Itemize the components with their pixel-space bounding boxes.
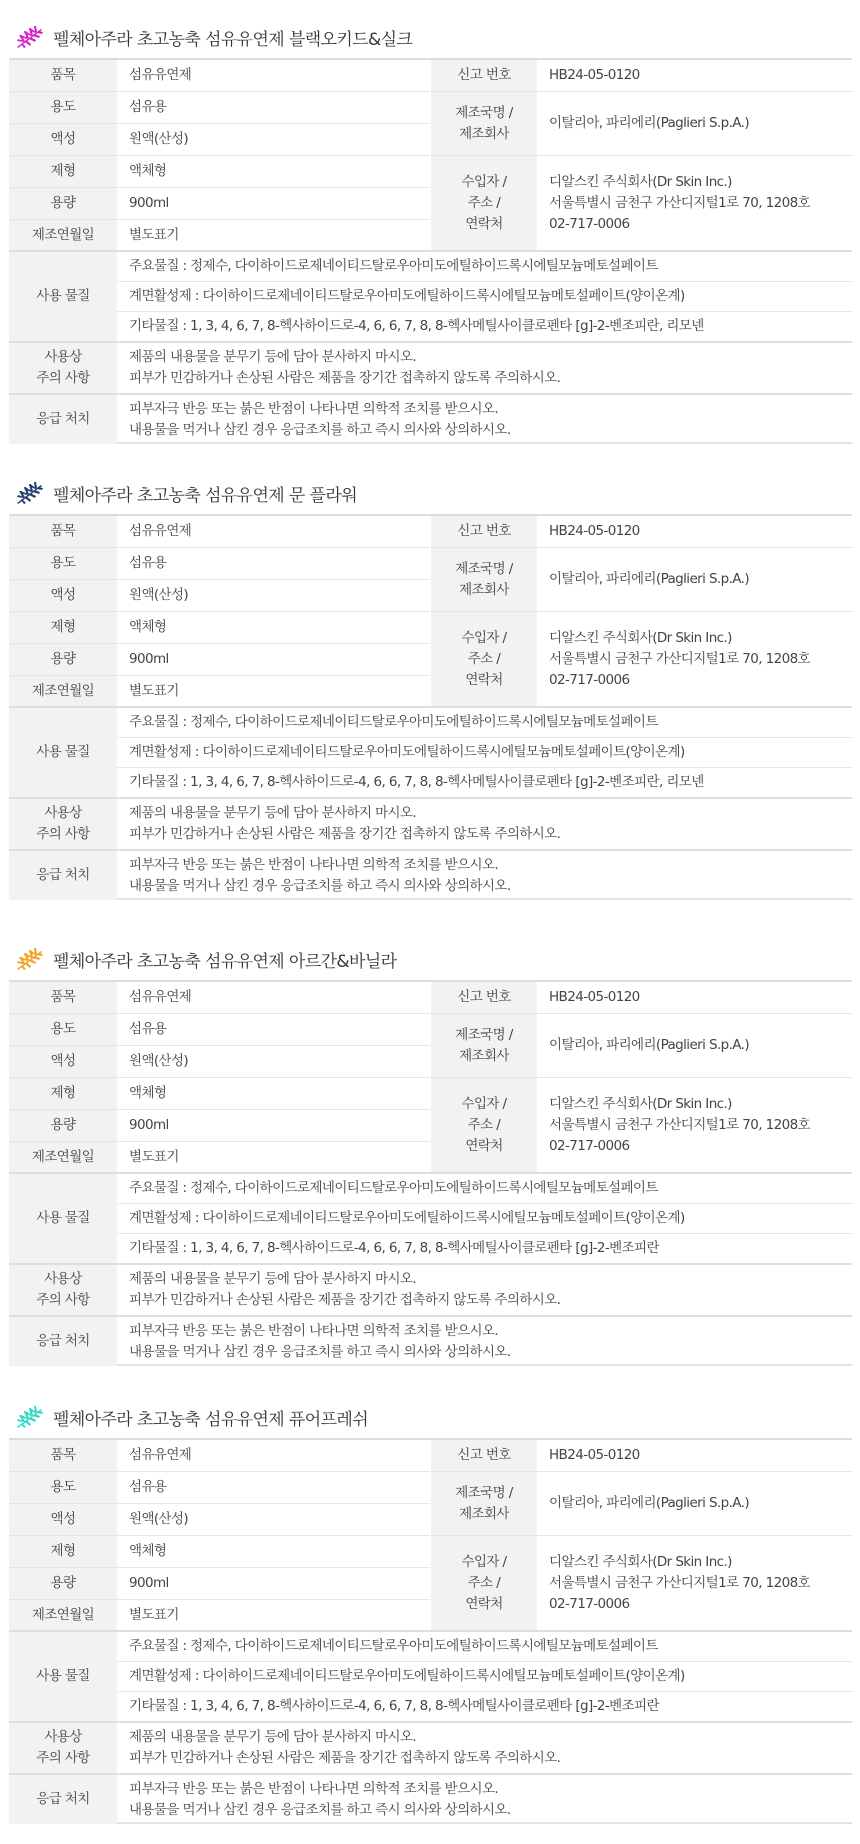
label-substances: 사용 물질 — [9, 1174, 117, 1263]
divider — [9, 1535, 430, 1536]
fern-leaf-icon — [15, 481, 45, 505]
label-manufacturer: 제조국명 / 제조회사 — [431, 1014, 537, 1077]
label-first-aid: 응급 처치 — [9, 851, 117, 900]
divider — [9, 611, 430, 612]
divider — [9, 1109, 430, 1110]
divider — [431, 91, 852, 92]
section-title: 펠체아주라 초고농축 섬유유연제 문 플라워 — [53, 481, 357, 506]
value-form: 액체형 — [117, 1536, 430, 1567]
substance-main: 주요물질 : 정제수, 다이하이드로제네이티드탈로우아미도에틸하이드록시에틸모늄… — [117, 708, 852, 737]
value-form: 액체형 — [117, 1078, 430, 1109]
value-caution: 제품의 내용물을 분무기 등에 담아 분사하지 마시오. 피부가 민감하거나 손… — [117, 1265, 852, 1315]
value-use: 섬유용 — [117, 548, 430, 579]
label-line: 수입자 / — [462, 628, 507, 649]
substance-other: 기타물질 : 1, 3, 4, 6, 7, 8-헥사하이드로-4, 6, 6, … — [117, 1692, 852, 1721]
label-mfg-date: 제조연월일 — [9, 1142, 117, 1172]
value-volume: 900ml — [117, 1110, 430, 1141]
value-report-no: HB24-05-0120 — [537, 982, 852, 1013]
substance-main: 주요물질 : 정제수, 다이하이드로제네이티드탈로우아미도에틸하이드록시에틸모늄… — [117, 252, 852, 281]
substance-surfactant: 계면활성제 : 다이하이드로제네이티드탈로우아미도에틸하이드록시에틸모늄메토설페… — [117, 738, 852, 767]
label-line: 수입자 / — [462, 1552, 507, 1573]
importer-phone: 02-717-0006 — [549, 1594, 629, 1615]
value-use: 섬유용 — [117, 92, 430, 123]
label-line: 사용상 — [44, 803, 81, 824]
section-header: 펠체아주라 초고농축 섬유유연제 블랙오키드&실크 — [9, 22, 852, 52]
first-aid-line: 내용물을 먹거나 삼킨 경우 응급조치를 하고 즉시 의사와 상의하시오. — [129, 1342, 511, 1363]
label-line: 주소 / — [468, 193, 501, 214]
first-aid-line: 내용물을 먹거나 삼킨 경우 응급조치를 하고 즉시 의사와 상의하시오. — [129, 420, 511, 441]
label-item: 품목 — [9, 982, 117, 1013]
caution-line: 피부가 민감하거나 손상된 사람은 제품을 장기간 접촉하지 않도록 주의하시오… — [129, 824, 560, 845]
value-caution: 제품의 내용물을 분무기 등에 담아 분사하지 마시오. 피부가 민감하거나 손… — [117, 799, 852, 849]
label-first-aid: 응급 처치 — [9, 1317, 117, 1366]
value-manufacturer: 이탈리아, 파리에리(Paglieri S.p.A.) — [537, 92, 852, 155]
substance-other: 기타물질 : 1, 3, 4, 6, 7, 8-헥사하이드로-4, 6, 6, … — [117, 768, 852, 797]
first-aid-line: 피부자극 반응 또는 붉은 반점이 나타나면 의학적 조치를 받으시오. — [129, 1779, 498, 1800]
importer-name: 디알스킨 주식회사(Dr Skin Inc.) — [549, 1552, 732, 1573]
label-line: 사용상 — [44, 1269, 81, 1290]
label-mfg-date: 제조연월일 — [9, 676, 117, 706]
importer-address: 서울특별시 금천구 가산디지털1로 70, 1208호 — [549, 1573, 810, 1594]
label-mfg-date: 제조연월일 — [9, 220, 117, 250]
label-substances: 사용 물질 — [9, 252, 117, 341]
value-caution: 제품의 내용물을 분무기 등에 담아 분사하지 마시오. 피부가 민감하거나 손… — [117, 1723, 852, 1773]
value-form: 액체형 — [117, 156, 430, 187]
value-use: 섬유용 — [117, 1014, 430, 1045]
label-use: 용도 — [9, 1014, 117, 1045]
value-report-no: HB24-05-0120 — [537, 60, 852, 91]
caution-line: 제품의 내용물을 분무기 등에 담아 분사하지 마시오. — [129, 1727, 416, 1748]
value-liquid: 원액(산성) — [117, 1504, 430, 1535]
section-header: 펠체아주라 초고농축 섬유유연제 문 플라워 — [9, 478, 852, 508]
divider — [431, 1013, 852, 1014]
label-caution: 사용상 주의 사항 — [9, 799, 117, 849]
label-line: 수입자 / — [462, 172, 507, 193]
label-item: 품목 — [9, 1440, 117, 1471]
substance-surfactant: 계면활성제 : 다이하이드로제네이티드탈로우아미도에틸하이드록시에틸모늄메토설페… — [117, 1662, 852, 1691]
caution-line: 피부가 민감하거나 손상된 사람은 제품을 장기간 접촉하지 않도록 주의하시오… — [129, 1290, 560, 1311]
divider — [9, 1599, 430, 1600]
divider — [9, 675, 430, 676]
label-mfg-date: 제조연월일 — [9, 1600, 117, 1630]
importer-phone: 02-717-0006 — [549, 214, 629, 235]
label-line: 주의 사항 — [36, 1290, 89, 1311]
label-item: 품목 — [9, 60, 117, 91]
section-title: 펠체아주라 초고농축 섬유유연제 아르간&바닐라 — [53, 947, 397, 972]
label-caution: 사용상 주의 사항 — [9, 343, 117, 393]
label-caution: 사용상 주의 사항 — [9, 1723, 117, 1773]
label-caution: 사용상 주의 사항 — [9, 1265, 117, 1315]
value-mfg-date: 별도표기 — [117, 1142, 430, 1172]
value-mfg-date: 별도표기 — [117, 220, 430, 250]
value-report-no: HB24-05-0120 — [537, 516, 852, 547]
substance-main: 주요물질 : 정제수, 다이하이드로제네이티드탈로우아미도에틸하이드록시에틸모늄… — [117, 1174, 852, 1203]
label-importer: 수입자 / 주소 / 연락처 — [431, 156, 537, 250]
label-line: 제조국명 / — [455, 1025, 512, 1046]
caution-line: 제품의 내용물을 분무기 등에 담아 분사하지 마시오. — [129, 1269, 416, 1290]
value-item: 섬유유연제 — [117, 60, 430, 91]
label-importer: 수입자 / 주소 / 연락처 — [431, 1078, 537, 1172]
value-item: 섬유유연제 — [117, 982, 430, 1013]
label-line: 연락처 — [465, 214, 502, 235]
importer-address: 서울특별시 금천구 가산디지털1로 70, 1208호 — [549, 649, 810, 670]
fern-leaf-icon — [15, 1405, 45, 1429]
label-line: 제조회사 — [459, 580, 509, 601]
label-form: 제형 — [9, 612, 117, 643]
value-volume: 900ml — [117, 188, 430, 219]
divider — [9, 1471, 430, 1472]
label-report-no: 신고 번호 — [431, 982, 537, 1013]
label-line: 제조국명 / — [455, 1483, 512, 1504]
label-report-no: 신고 번호 — [431, 516, 537, 547]
label-line: 주소 / — [468, 1573, 501, 1594]
value-first-aid: 피부자극 반응 또는 붉은 반점이 나타나면 의학적 조치를 받으시오. 내용물… — [117, 1317, 852, 1366]
fern-leaf-icon — [15, 947, 45, 971]
value-manufacturer: 이탈리아, 파리에리(Paglieri S.p.A.) — [537, 1014, 852, 1077]
divider — [9, 123, 430, 124]
divider — [431, 547, 852, 548]
label-volume: 용량 — [9, 644, 117, 675]
caution-line: 제품의 내용물을 분무기 등에 담아 분사하지 마시오. — [129, 347, 416, 368]
value-item: 섬유유연제 — [117, 516, 430, 547]
value-importer: 디알스킨 주식회사(Dr Skin Inc.) 서울특별시 금천구 가산디지털1… — [537, 612, 852, 706]
caution-line: 피부가 민감하거나 손상된 사람은 제품을 장기간 접촉하지 않도록 주의하시오… — [129, 1748, 560, 1769]
label-form: 제형 — [9, 1078, 117, 1109]
importer-name: 디알스킨 주식회사(Dr Skin Inc.) — [549, 172, 732, 193]
label-liquid: 액성 — [9, 1046, 117, 1077]
divider — [431, 155, 852, 156]
label-line: 제조회사 — [459, 1046, 509, 1067]
substance-surfactant: 계면활성제 : 다이하이드로제네이티드탈로우아미도에틸하이드록시에틸모늄메토설페… — [117, 1204, 852, 1233]
value-importer: 디알스킨 주식회사(Dr Skin Inc.) 서울특별시 금천구 가산디지털1… — [537, 1078, 852, 1172]
label-line: 주의 사항 — [36, 1748, 89, 1769]
value-mfg-date: 별도표기 — [117, 1600, 430, 1630]
label-line: 주소 / — [468, 1115, 501, 1136]
value-use: 섬유용 — [117, 1472, 430, 1503]
label-line: 연락처 — [465, 670, 502, 691]
section-title: 펠체아주라 초고농축 섬유유연제 블랙오키드&실크 — [53, 25, 412, 50]
section-header: 펠체아주라 초고농축 섬유유연제 퓨어프레쉬 — [9, 1402, 852, 1432]
label-substances: 사용 물질 — [9, 1632, 117, 1721]
first-aid-line: 피부자극 반응 또는 붉은 반점이 나타나면 의학적 조치를 받으시오. — [129, 855, 498, 876]
substance-other: 기타물질 : 1, 3, 4, 6, 7, 8-헥사하이드로-4, 6, 6, … — [117, 1234, 852, 1263]
label-line: 주의 사항 — [36, 368, 89, 389]
label-manufacturer: 제조국명 / 제조회사 — [431, 92, 537, 155]
divider — [9, 1567, 430, 1568]
value-liquid: 원액(산성) — [117, 1046, 430, 1077]
label-liquid: 액성 — [9, 1504, 117, 1535]
label-line: 연락처 — [465, 1594, 502, 1615]
value-importer: 디알스킨 주식회사(Dr Skin Inc.) 서울특별시 금천구 가산디지털1… — [537, 1536, 852, 1630]
value-first-aid: 피부자극 반응 또는 붉은 반점이 나타나면 의학적 조치를 받으시오. 내용물… — [117, 851, 852, 900]
label-line: 사용상 — [44, 1727, 81, 1748]
label-liquid: 액성 — [9, 124, 117, 155]
divider — [9, 547, 430, 548]
divider — [9, 643, 430, 644]
label-line: 제조회사 — [459, 124, 509, 145]
divider — [431, 1535, 852, 1536]
product-info-table: 품목 용도 액성 제형 용량 제조연월일 섬유유연제 섬유용 원액(산성) 액체… — [9, 980, 852, 1366]
caution-line: 제품의 내용물을 분무기 등에 담아 분사하지 마시오. — [129, 803, 416, 824]
first-aid-line: 피부자극 반응 또는 붉은 반점이 나타나면 의학적 조치를 받으시오. — [129, 1321, 498, 1342]
value-liquid: 원액(산성) — [117, 124, 430, 155]
value-first-aid: 피부자극 반응 또는 붉은 반점이 나타나면 의학적 조치를 받으시오. 내용물… — [117, 395, 852, 444]
value-caution: 제품의 내용물을 분무기 등에 담아 분사하지 마시오. 피부가 민감하거나 손… — [117, 343, 852, 393]
divider — [431, 1077, 852, 1078]
value-mfg-date: 별도표기 — [117, 676, 430, 706]
label-importer: 수입자 / 주소 / 연락처 — [431, 612, 537, 706]
first-aid-line: 내용물을 먹거나 삼킨 경우 응급조치를 하고 즉시 의사와 상의하시오. — [129, 876, 511, 897]
divider — [9, 219, 430, 220]
label-line: 사용상 — [44, 347, 81, 368]
label-liquid: 액성 — [9, 580, 117, 611]
value-importer: 디알스킨 주식회사(Dr Skin Inc.) 서울특별시 금천구 가산디지털1… — [537, 156, 852, 250]
importer-name: 디알스킨 주식회사(Dr Skin Inc.) — [549, 1094, 732, 1115]
substance-surfactant: 계면활성제 : 다이하이드로제네이티드탈로우아미도에틸하이드록시에틸모늄메토설페… — [117, 282, 852, 311]
divider — [431, 1471, 852, 1472]
product-info-table: 품목 용도 액성 제형 용량 제조연월일 섬유유연제 섬유용 원액(산성) 액체… — [9, 1438, 852, 1824]
divider — [9, 187, 430, 188]
label-manufacturer: 제조국명 / 제조회사 — [431, 1472, 537, 1535]
value-volume: 900ml — [117, 644, 430, 675]
label-volume: 용량 — [9, 1110, 117, 1141]
label-use: 용도 — [9, 92, 117, 123]
divider — [9, 579, 430, 580]
label-form: 제형 — [9, 1536, 117, 1567]
label-line: 제조국명 / — [455, 103, 512, 124]
importer-address: 서울특별시 금천구 가산디지털1로 70, 1208호 — [549, 193, 810, 214]
label-volume: 용량 — [9, 188, 117, 219]
importer-name: 디알스킨 주식회사(Dr Skin Inc.) — [549, 628, 732, 649]
section-title: 펠체아주라 초고농축 섬유유연제 퓨어프레쉬 — [53, 1405, 368, 1430]
value-report-no: HB24-05-0120 — [537, 1440, 852, 1471]
value-item: 섬유유연제 — [117, 1440, 430, 1471]
divider — [9, 1045, 430, 1046]
value-volume: 900ml — [117, 1568, 430, 1599]
substance-main: 주요물질 : 정제수, 다이하이드로제네이티드탈로우아미도에틸하이드록시에틸모늄… — [117, 1632, 852, 1661]
label-line: 주의 사항 — [36, 824, 89, 845]
label-first-aid: 응급 처치 — [9, 395, 117, 444]
label-importer: 수입자 / 주소 / 연락처 — [431, 1536, 537, 1630]
importer-address: 서울특별시 금천구 가산디지털1로 70, 1208호 — [549, 1115, 810, 1136]
label-item: 품목 — [9, 516, 117, 547]
value-first-aid: 피부자극 반응 또는 붉은 반점이 나타나면 의학적 조치를 받으시오. 내용물… — [117, 1775, 852, 1824]
divider — [9, 1077, 430, 1078]
value-liquid: 원액(산성) — [117, 580, 430, 611]
importer-phone: 02-717-0006 — [549, 670, 629, 691]
label-line: 주소 / — [468, 649, 501, 670]
label-substances: 사용 물질 — [9, 708, 117, 797]
label-volume: 용량 — [9, 1568, 117, 1599]
product-info-table: 품목 용도 액성 제형 용량 제조연월일 섬유유연제 섬유용 원액(산성) 액체… — [9, 58, 852, 444]
label-use: 용도 — [9, 1472, 117, 1503]
divider — [431, 611, 852, 612]
label-use: 용도 — [9, 548, 117, 579]
divider — [9, 1141, 430, 1142]
substance-other: 기타물질 : 1, 3, 4, 6, 7, 8-헥사하이드로-4, 6, 6, … — [117, 312, 852, 341]
caution-line: 피부가 민감하거나 손상된 사람은 제품을 장기간 접촉하지 않도록 주의하시오… — [129, 368, 560, 389]
label-form: 제형 — [9, 156, 117, 187]
divider — [9, 91, 430, 92]
first-aid-line: 피부자극 반응 또는 붉은 반점이 나타나면 의학적 조치를 받으시오. — [129, 399, 498, 420]
fern-leaf-icon — [15, 25, 45, 49]
value-manufacturer: 이탈리아, 파리에리(Paglieri S.p.A.) — [537, 1472, 852, 1535]
label-report-no: 신고 번호 — [431, 1440, 537, 1471]
divider — [9, 1013, 430, 1014]
label-first-aid: 응급 처치 — [9, 1775, 117, 1824]
value-manufacturer: 이탈리아, 파리에리(Paglieri S.p.A.) — [537, 548, 852, 611]
label-line: 제조국명 / — [455, 559, 512, 580]
value-form: 액체형 — [117, 612, 430, 643]
label-line: 제조회사 — [459, 1504, 509, 1525]
label-line: 수입자 / — [462, 1094, 507, 1115]
divider — [9, 155, 430, 156]
first-aid-line: 내용물을 먹거나 삼킨 경우 응급조치를 하고 즉시 의사와 상의하시오. — [129, 1800, 511, 1821]
label-line: 연락처 — [465, 1136, 502, 1157]
label-manufacturer: 제조국명 / 제조회사 — [431, 548, 537, 611]
importer-phone: 02-717-0006 — [549, 1136, 629, 1157]
product-info-table: 품목 용도 액성 제형 용량 제조연월일 섬유유연제 섬유용 원액(산성) 액체… — [9, 514, 852, 900]
section-header: 펠체아주라 초고농축 섬유유연제 아르간&바닐라 — [9, 944, 852, 974]
divider — [9, 1503, 430, 1504]
label-report-no: 신고 번호 — [431, 60, 537, 91]
